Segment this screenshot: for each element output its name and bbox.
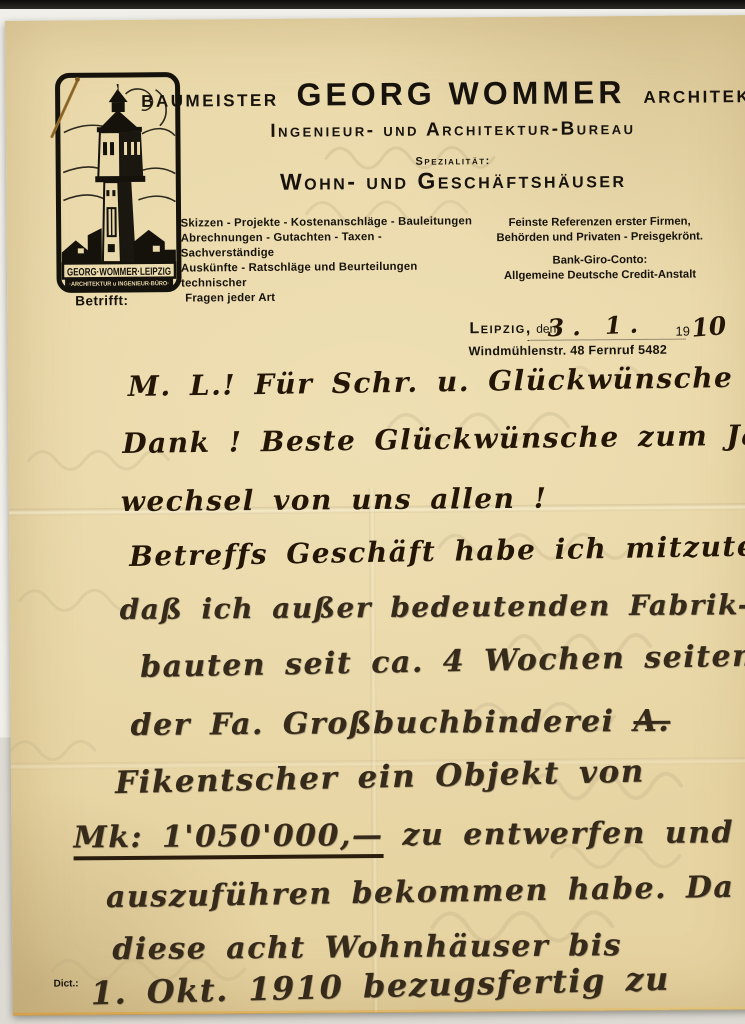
dict-label: Dict.: — [54, 978, 79, 989]
handwriting-line-10: auszuführen bekommen habe. Da — [106, 870, 735, 915]
handwriting-line-6: bauten seit ca. 4 Wochen seitens — [140, 638, 745, 685]
services-line: Skizzen - Projekte - Kostenanschläge - B… — [181, 214, 473, 231]
handwritten-year: 10 — [690, 311, 727, 343]
handwriting-line-7: der Fa. Großbuchbinderei A. — [130, 704, 670, 743]
letterhead-title-row: BAUMEISTER GEORG WOMMER ARCHITEKT — [169, 73, 735, 114]
handwritten-date: 3. 1. — [547, 309, 647, 342]
services-line: Abrechnungen - Gutachten - Taxen - Sachv… — [181, 229, 473, 261]
address-line: Windmühlenstr. 48 Fernruf 5482 — [469, 343, 668, 359]
handwriting-line-3: wechsel von uns allen ! — [121, 482, 548, 518]
logo-name-text: GEORG·WOMMER·LEIPZIG — [67, 266, 171, 279]
handwriting-line-1: M. L.! Für Schr. u. Glückwünsche herzlic… — [128, 358, 745, 403]
references-line: Feinste Referenzen erster Firmen, — [484, 214, 716, 230]
speciality: Wohn- und Geschäftshäuser — [170, 165, 736, 196]
letterhead-subtitle: Ingenieur- und Architektur-Bureau — [170, 117, 736, 143]
city-label: Leipzig, — [469, 320, 531, 337]
title-baumeister: BAUMEISTER — [141, 91, 279, 112]
handwriting-line-4: Betreffs Geschäft habe ich mitzuteilen, — [129, 528, 745, 573]
services-line: Fragen jeder Art — [181, 289, 473, 306]
handwriting-line-11: diese acht Wohnhäuser bis — [112, 928, 622, 967]
letter-paper: GEORG·WOMMER·LEIPZIG ·ARCHITEKTUR u INGE… — [5, 15, 745, 1015]
title-architekt: ARCHITEKT — [643, 87, 745, 108]
bank-name: Allgemeine Deutsche Credit-Anstalt — [484, 267, 716, 283]
references-block: Feinste Referenzen erster Firmen, Behörd… — [484, 214, 717, 284]
pin — [35, 58, 96, 148]
handwriting-line-2: Dank ! Beste Glückwünsche zum Jahres- — [122, 418, 745, 461]
handwriting-line-12: 1. Okt. 1910 bezugsfertig zu — [90, 960, 670, 1013]
printed-year: 19 — [675, 324, 690, 339]
scanner-edge — [0, 0, 745, 9]
handwriting-line-5: daß ich außer bedeutenden Fabrik- — [120, 588, 745, 626]
scanned-letter: GEORG·WOMMER·LEIPZIG ·ARCHITEKTUR u INGE… — [0, 0, 745, 1024]
services-list: Skizzen - Projekte - Kostenanschläge - B… — [181, 214, 474, 306]
logo-subtitle-text: ·ARCHITEKTUR u INGENIEUR-BÜRO· — [69, 280, 169, 288]
handwriting-line-8: Fikentscher ein Objekt von — [115, 754, 646, 802]
references-line: Behörden und Privaten - Preisgekrönt. — [484, 229, 716, 245]
handwriting-line-9: Mk: 1'050'000,— zu entwerfen und — [73, 815, 734, 855]
underlined-amount: Mk: 1'050'000,— — [73, 818, 383, 860]
firm-name: GEORG WOMMER — [296, 74, 625, 114]
betrifft-label: Betrifft: — [75, 293, 128, 308]
services-line: Auskünfte - Ratschläge und Beurteilungen… — [181, 259, 473, 291]
crossed-initial: A. — [633, 704, 670, 739]
